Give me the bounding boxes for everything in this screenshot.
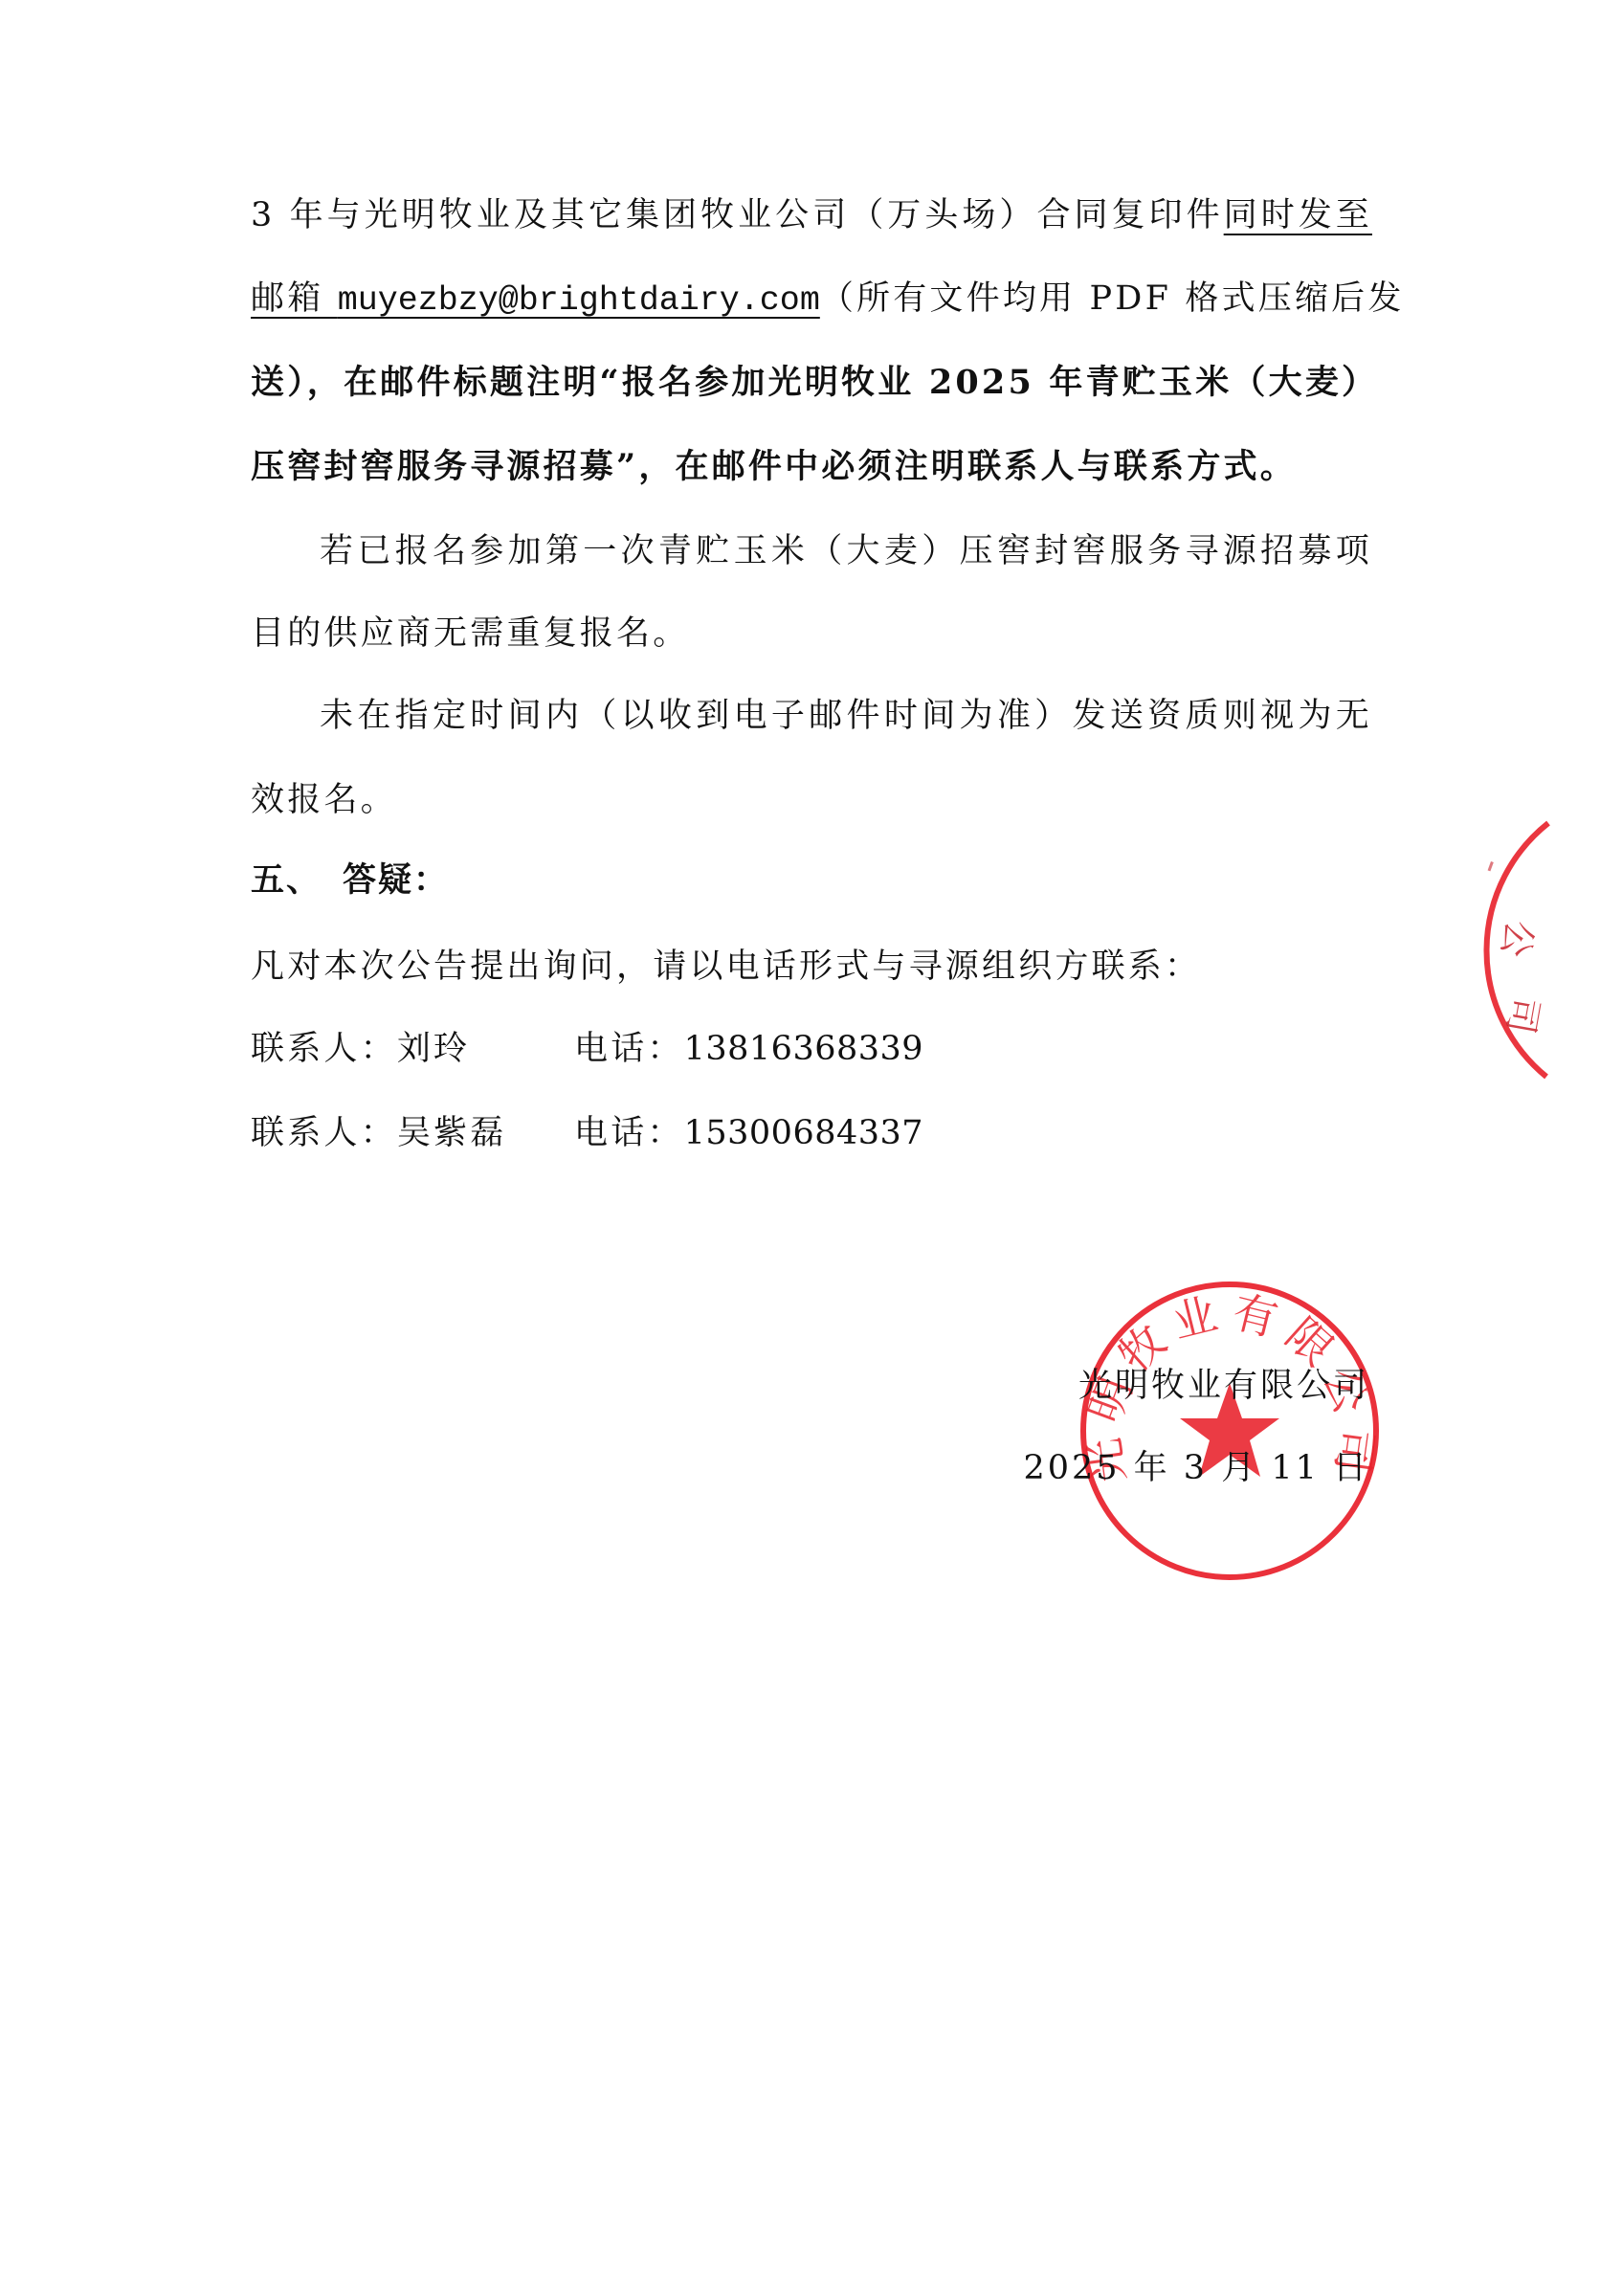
- paragraph-1-line-4: 压窖封窖服务寻源招募”，在邮件中必须注明联系人与联系方式。: [251, 446, 1372, 488]
- phone-number: 15300684337: [684, 1114, 923, 1152]
- email-label: 邮箱: [251, 279, 338, 318]
- company-seal-icon: 光明牧业有限公司: [1072, 1273, 1388, 1589]
- phone-label: 电话：: [574, 1114, 684, 1152]
- contact-name: 刘玲: [397, 1030, 470, 1068]
- edge-seal-icon: 公 司: [1464, 804, 1622, 1091]
- text: 未在指定时间内（以收到电子邮件时间为准）发送资质则视为无: [320, 697, 1372, 735]
- text: 凡对本次公告提出询问，请以电话形式与寻源组织方联系：: [251, 947, 1201, 986]
- contact-person: 联系人：刘玲: [251, 1028, 574, 1070]
- signature-company: 光明牧业有限公司: [1078, 1365, 1369, 1407]
- contact-person: 联系人：吴紫磊: [251, 1112, 574, 1154]
- text: （所有文件均用 PDF 格式压缩后发: [820, 279, 1405, 318]
- paragraph-2-line-2: 目的供应商无需重复报名。: [251, 613, 1372, 655]
- signature-date: 2025 年 3 月 11 日: [1023, 1447, 1369, 1489]
- contact-label: 联系人：: [251, 1030, 397, 1068]
- section-title: 答疑：: [343, 860, 449, 900]
- paragraph-1-line-1: 3 年与光明牧业及其它集团牧业公司（万头场）合同复印件同时发至: [251, 194, 1372, 236]
- paragraph-3-line-2: 效报名。: [251, 779, 1372, 821]
- svg-text:司: 司: [1500, 993, 1547, 1037]
- email-address: muyezbzy@brightdairy.com: [338, 281, 820, 320]
- phone-number: 13816368339: [684, 1030, 923, 1068]
- section-number: 五、: [251, 860, 322, 900]
- text: 压窖封窖服务寻源招募”，在邮件中必须注明联系人与联系方式。: [251, 447, 1297, 486]
- svg-text:公: 公: [1494, 917, 1542, 960]
- paragraph-2-line-1: 若已报名参加第一次青贮玉米（大麦）压窖封窖服务寻源招募项: [251, 530, 1372, 572]
- paragraph-1-line-3: 送），在邮件标题注明“报名参加光明牧业 2025 年青贮玉米（大麦）: [251, 362, 1372, 404]
- phone-label: 电话：: [574, 1030, 684, 1068]
- paragraph-3-line-1: 未在指定时间内（以收到电子邮件时间为准）发送资质则视为无: [251, 695, 1372, 737]
- text: 若已报名参加第一次青贮玉米（大麦）压窖封窖服务寻源招募项: [320, 532, 1372, 570]
- text: 送），在邮件标题注明“报名参加光明牧业 2025 年青贮玉米（大麦）: [251, 363, 1378, 402]
- document-page: 3 年与光明牧业及其它集团牧业公司（万头场）合同复印件同时发至 邮箱 muyez…: [0, 0, 1622, 2296]
- text: 3 年与光明牧业及其它集团牧业公司（万头场）合同复印件: [251, 196, 1224, 234]
- underlined-text: 同时发至: [1224, 196, 1372, 234]
- paragraph-1-line-2: 邮箱 muyezbzy@brightdairy.com（所有文件均用 PDF 格…: [251, 278, 1372, 322]
- inquiry-text: 凡对本次公告提出询问，请以电话形式与寻源组织方联系：: [251, 946, 1372, 988]
- text: 目的供应商无需重复报名。: [251, 614, 689, 653]
- section-heading: 五、答疑：: [251, 859, 1372, 902]
- contact-row: 联系人：吴紫磊电话：15300684337: [251, 1112, 1372, 1154]
- text: 效报名。: [251, 781, 397, 819]
- contact-name: 吴紫磊: [397, 1114, 507, 1152]
- contact-label: 联系人：: [251, 1114, 397, 1152]
- contact-row: 联系人：刘玲电话：13816368339: [251, 1028, 1372, 1070]
